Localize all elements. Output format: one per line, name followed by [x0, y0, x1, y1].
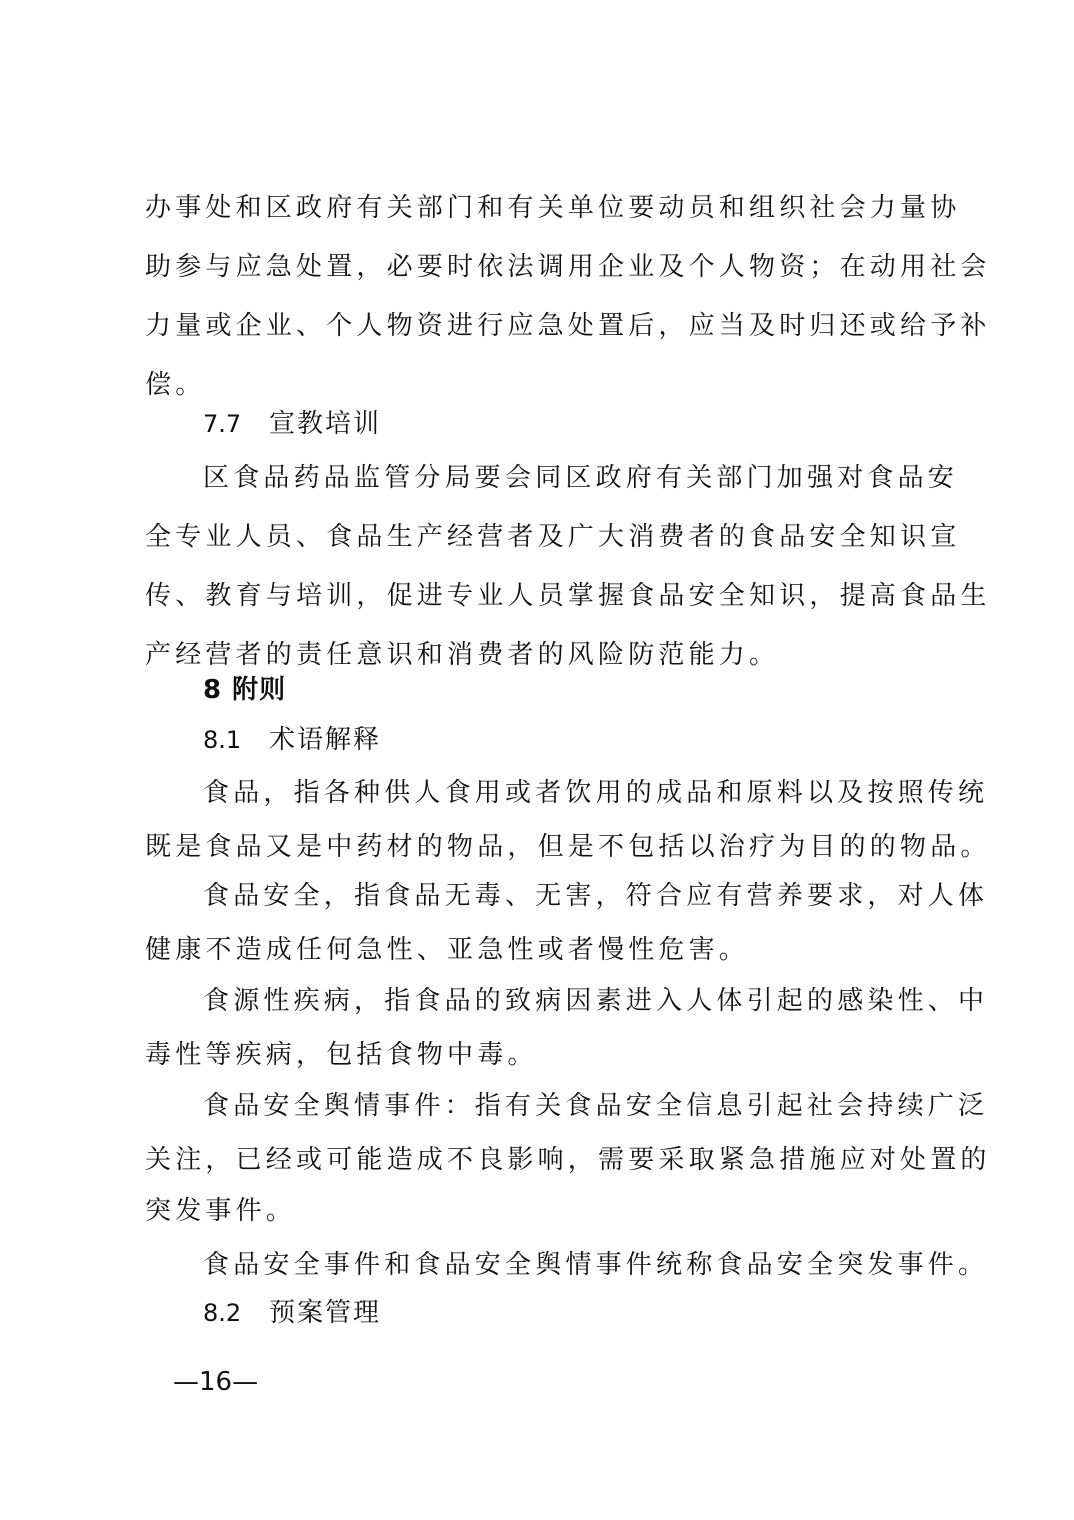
section-number: 7.7 [203, 404, 269, 444]
paragraph-line: 力量或企业、个人物资进行应急处置后，应当及时归还或给予补 [145, 306, 991, 346]
section-number: 8.2 [203, 1293, 269, 1333]
paragraph-line: 食品安全舆情事件：指有关食品安全信息引起社会持续广泛 [203, 1086, 988, 1126]
paragraph-line: 突发事件。 [145, 1191, 296, 1231]
chapter-number: 8 [203, 675, 222, 705]
section-title: 术语解释 [269, 725, 381, 755]
page-number: —16— [173, 1365, 258, 1399]
paragraph-line: 传、教育与培训，促进专业人员掌握食品安全知识，提高食品生 [145, 576, 991, 616]
paragraph-line: 偿。 [145, 365, 205, 405]
paragraph-line: 既是食品又是中药材的物品，但是不包括以治疗为目的的物品。 [145, 827, 991, 867]
paragraph-line: 健康不造成任何急性、亚急性或者慢性危害。 [145, 930, 749, 970]
paragraph-line: 毒性等疾病，包括食物中毒。 [145, 1035, 538, 1075]
paragraph-line: 办事处和区政府有关部门和有关单位要动员和组织社会力量协 [145, 188, 960, 228]
section-heading-8-1: 8.1术语解释 [203, 720, 381, 760]
paragraph-line: 食源性疾病，指食品的致病因素进入人体引起的感染性、中 [203, 981, 988, 1021]
paragraph-line: 食品，指各种供人食用或者饮用的成品和原料以及按照传统 [203, 773, 988, 813]
paragraph-line: 助参与应急处置，必要时依法调用企业及个人物资；在动用社会 [145, 247, 991, 287]
paragraph-line: 食品安全，指食品无毒、无害，符合应有营养要求，对人体 [203, 876, 988, 916]
chapter-title: 附则 [232, 675, 286, 705]
section-number: 8.1 [203, 720, 269, 760]
paragraph-line: 食品安全事件和食品安全舆情事件统称食品安全突发事件。 [203, 1245, 988, 1285]
section-title: 预案管理 [269, 1298, 381, 1328]
chapter-heading-8: 8 附则 [203, 670, 286, 710]
paragraph-line: 关注，已经或可能造成不良影响，需要采取紧急措施应对处置的 [145, 1140, 991, 1180]
section-heading-7-7: 7.7宣教培训 [203, 404, 381, 444]
section-title: 宣教培训 [269, 409, 381, 439]
section-heading-8-2: 8.2预案管理 [203, 1293, 381, 1333]
paragraph-line: 区食品药品监管分局要会同区政府有关部门加强对食品安 [203, 458, 958, 498]
paragraph-line: 全专业人员、食品生产经营者及广大消费者的食品安全知识宣 [145, 517, 960, 557]
paragraph-line: 产经营者的责任意识和消费者的风险防范能力。 [145, 635, 779, 675]
